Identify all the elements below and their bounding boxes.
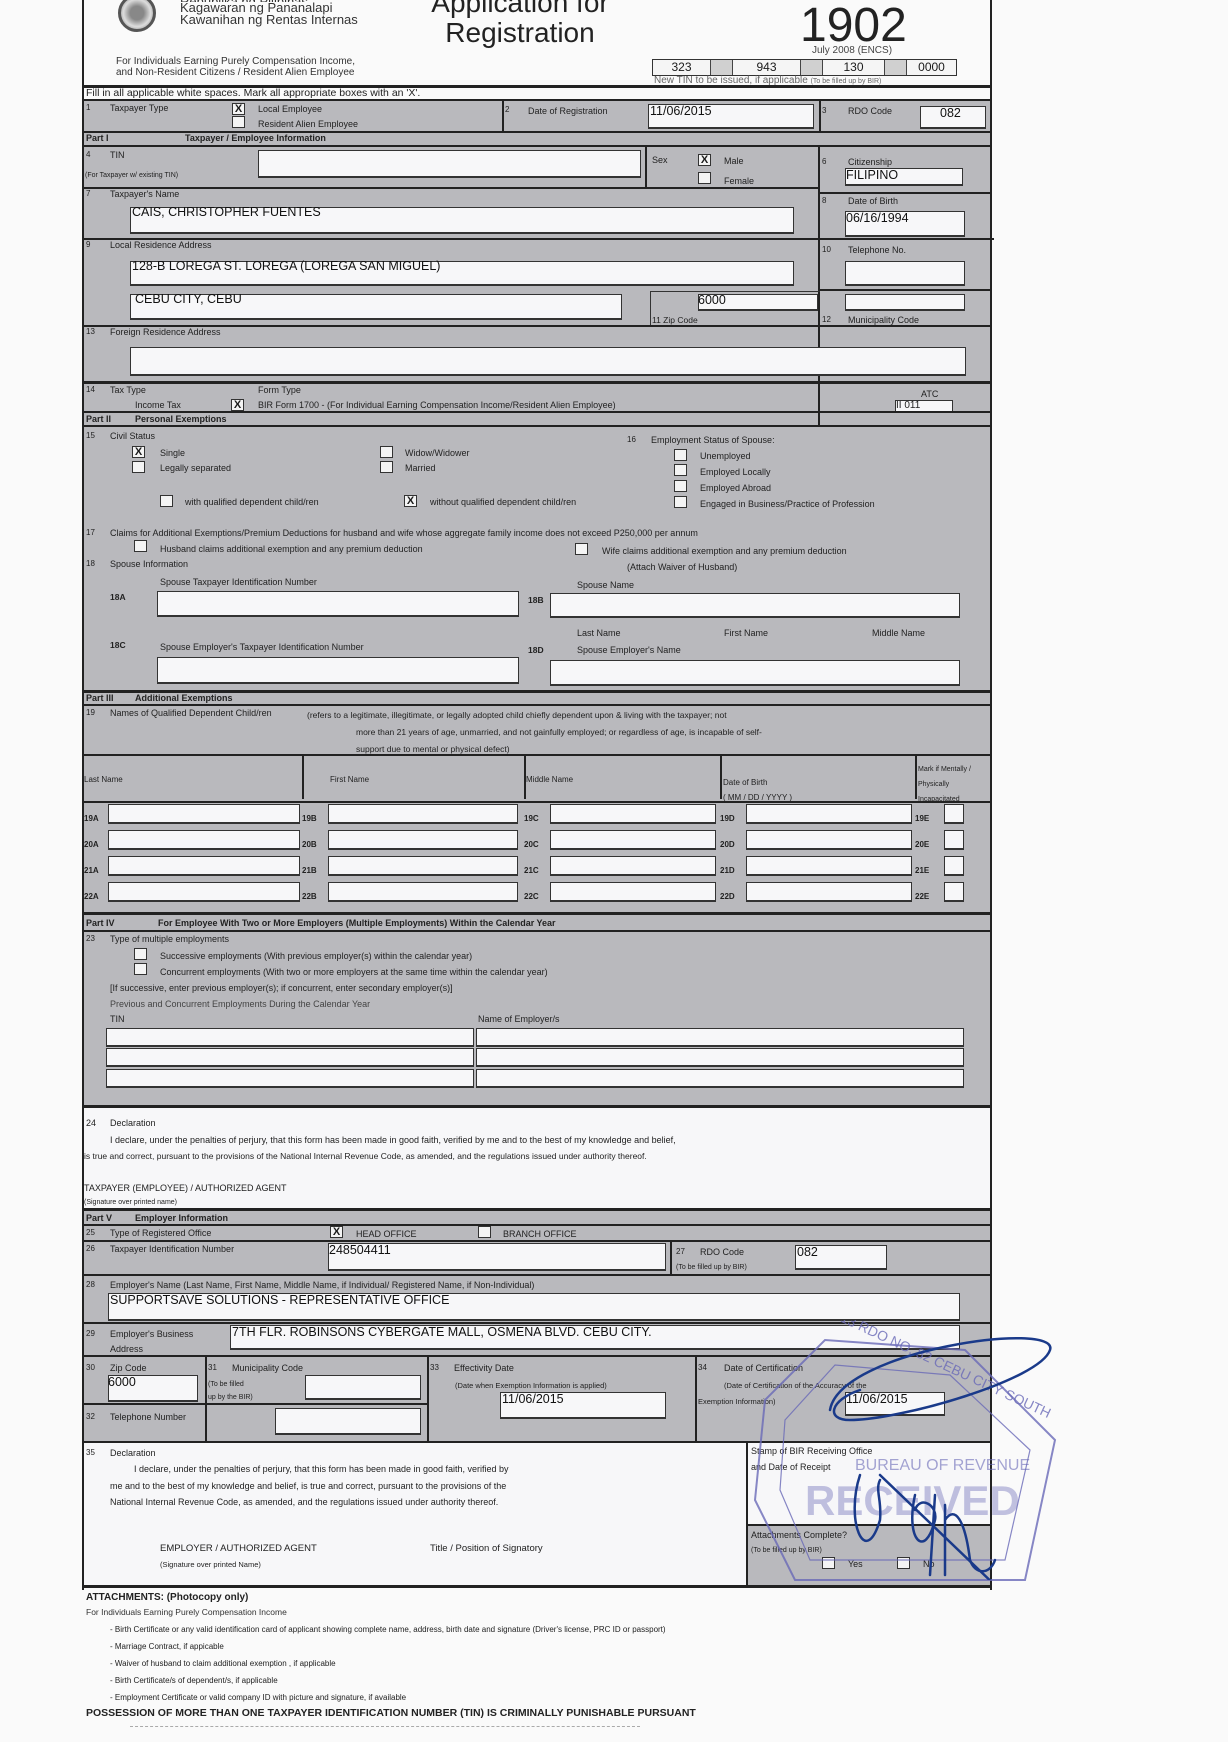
husband-claims-checkbox[interactable] (134, 540, 147, 552)
dependent-row-code: 19E (915, 814, 929, 823)
prev-employer-name-field[interactable] (476, 1048, 964, 1067)
dependent-field-22d[interactable] (746, 882, 912, 902)
part4-label: Part IV (86, 918, 115, 928)
dependent-field-22a[interactable] (108, 882, 300, 902)
dependent-field-20d[interactable] (746, 830, 912, 850)
tin-warning: POSSESSION OF MORE THAN ONE TAXPAYER IDE… (86, 1707, 696, 1719)
part2-label: Part II (86, 414, 111, 424)
dependent-field-21a[interactable] (108, 856, 300, 876)
attachment-item: - Employment Certificate or valid compan… (110, 1693, 406, 1702)
new-tin-seg-1: 323 (653, 60, 711, 75)
prev-employer-name-field[interactable] (476, 1028, 964, 1047)
income-tax-checkbox[interactable]: X (231, 399, 244, 411)
part2-title: Personal Exemptions (135, 414, 227, 424)
new-tin-seg-4: 0000 (907, 60, 956, 75)
spouse-business-checkbox[interactable] (674, 496, 687, 508)
dependent-row-code: 19D (720, 814, 735, 823)
taxpayer-type-local-checkbox[interactable]: X (232, 103, 245, 115)
dependent-field-22b[interactable] (328, 882, 518, 902)
part1-label: Part I (86, 133, 109, 143)
head-office-checkbox[interactable]: X (330, 1226, 343, 1238)
with-dependents-checkbox[interactable] (160, 495, 173, 507)
new-tin-boxes: 323 943 130 0000 (652, 59, 957, 76)
employer-municipality-code-field[interactable] (305, 1375, 421, 1400)
part3-label: Part III (86, 693, 114, 703)
part1-title: Taxpayer / Employee Information (185, 133, 326, 143)
spouse-tin-field[interactable] (157, 591, 519, 617)
dependent-field-19d[interactable] (746, 804, 912, 824)
prev-employer-name-field[interactable] (476, 1069, 964, 1088)
dependent-row-code: 19C (524, 814, 539, 823)
dependent-row-code: 20A (84, 840, 99, 849)
dependent-field-20a[interactable] (108, 830, 300, 850)
sex-male-checkbox[interactable]: X (698, 154, 711, 166)
form-subtitle: For Individuals Earning Purely Compensat… (116, 56, 355, 78)
part4-title: For Employee With Two or More Employers … (158, 918, 556, 928)
prev-employer-tin-field[interactable] (106, 1048, 474, 1067)
taxpayer-type-label: Taxpayer Type (110, 103, 168, 113)
part5-title: Employer Information (135, 1213, 228, 1223)
dependent-field-19c[interactable] (550, 804, 716, 824)
dependent-field-21c[interactable] (550, 856, 716, 876)
dependent-field-21e[interactable] (944, 856, 964, 876)
dependent-field-19b[interactable] (328, 804, 518, 824)
spouse-employer-tin-field[interactable] (157, 657, 519, 684)
spouse-name-field[interactable] (550, 593, 960, 618)
dependent-field-20b[interactable] (328, 830, 518, 850)
spouse-employed-abroad-checkbox[interactable] (674, 480, 687, 492)
attachment-item: - Birth Certificate or any valid identif… (110, 1625, 666, 1634)
civil-status-single-checkbox[interactable]: X (132, 446, 145, 458)
dependent-row-code: 22D (720, 892, 735, 901)
dependent-field-19a[interactable] (108, 804, 300, 824)
signature-mark (820, 1320, 1080, 1580)
dependent-row-code: 21B (302, 866, 317, 875)
form-version: July 2008 (ENCS) (812, 45, 892, 56)
dependent-field-19e[interactable] (944, 804, 964, 824)
without-dependents-checkbox[interactable]: X (404, 495, 417, 507)
dependent-row-code: 21C (524, 866, 539, 875)
dependent-row-code: 21E (915, 866, 929, 875)
foreign-address-field[interactable] (130, 347, 966, 376)
prev-employer-tin-field[interactable] (106, 1069, 474, 1088)
dependent-field-22c[interactable] (550, 882, 716, 902)
dependent-row-code: 22B (302, 892, 317, 901)
part3-title: Additional Exemptions (135, 693, 233, 703)
municipality-code-field[interactable] (845, 294, 965, 311)
dependent-row-code: 19B (302, 814, 317, 823)
attachment-item: - Waiver of husband to claim additional … (110, 1659, 336, 1668)
prev-employer-tin-field[interactable] (106, 1028, 474, 1047)
dependent-field-20e[interactable] (944, 830, 964, 850)
civil-status-widow-checkbox[interactable] (380, 446, 393, 458)
part5-label: Part V (86, 1213, 112, 1223)
dependent-row-code: 20C (524, 840, 539, 849)
dependent-field-20c[interactable] (550, 830, 716, 850)
dependent-row-code: 22A (84, 892, 99, 901)
dependent-row-code: 20E (915, 840, 929, 849)
dependent-row-code: 20D (720, 840, 735, 849)
dependent-row-code: 20B (302, 840, 317, 849)
employer-telephone-field[interactable] (275, 1408, 421, 1435)
dependent-row-code: 21A (84, 866, 99, 875)
sex-female-checkbox[interactable] (698, 172, 711, 184)
taxpayer-type-alien-checkbox[interactable] (232, 116, 245, 128)
dependent-field-21b[interactable] (328, 856, 518, 876)
form-title: Application for Registration (400, 0, 640, 48)
new-tin-seg-3: 130 (823, 60, 885, 75)
dependent-row-code: 22C (524, 892, 539, 901)
dependent-field-21d[interactable] (746, 856, 912, 876)
civil-status-separated-checkbox[interactable] (132, 461, 145, 473)
agency-name: Republika ng Pilipinas Kagawaran ng Pana… (180, 0, 358, 26)
concurrent-employments-checkbox[interactable] (134, 963, 147, 975)
spouse-employed-locally-checkbox[interactable] (674, 464, 687, 476)
new-tin-seg-2: 943 (733, 60, 801, 75)
tin-field[interactable] (258, 150, 641, 178)
successive-employments-checkbox[interactable] (134, 948, 147, 960)
attachment-item: - Marriage Contract, if appicable (110, 1642, 224, 1651)
dependent-row-code: 21D (720, 866, 735, 875)
wife-claims-checkbox[interactable] (575, 543, 588, 555)
spouse-employer-name-field[interactable] (550, 660, 960, 686)
civil-status-married-checkbox[interactable] (380, 461, 393, 473)
dependent-row-code: 19A (84, 814, 99, 823)
dependent-row-code: 22E (915, 892, 929, 901)
branch-office-checkbox[interactable] (478, 1226, 491, 1238)
attachment-item: - Birth Certificate/s of dependent/s, if… (110, 1676, 278, 1685)
dependent-field-22e[interactable] (944, 882, 964, 902)
spouse-unemployed-checkbox[interactable] (674, 449, 687, 461)
instructions: Fill in all applicable white spaces. Mar… (86, 87, 420, 99)
telephone-field[interactable] (845, 261, 965, 286)
